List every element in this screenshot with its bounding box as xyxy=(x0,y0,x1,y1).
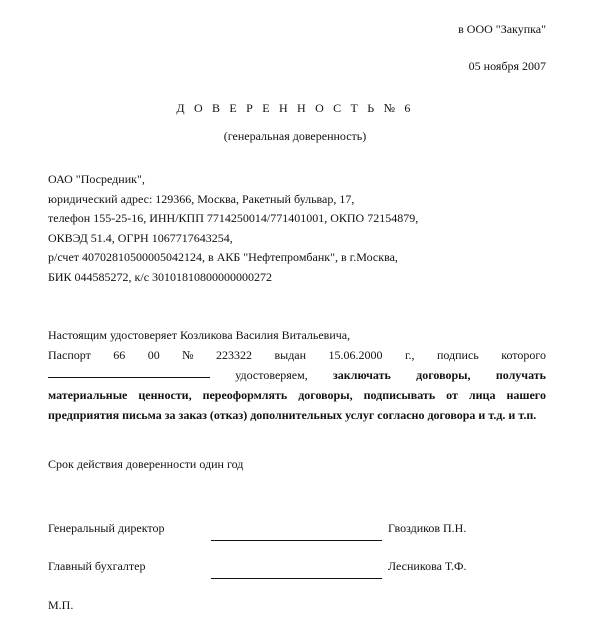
word: переоформлять xyxy=(203,385,288,405)
word: 223322 xyxy=(216,345,252,365)
powers-word: заключать xyxy=(333,365,391,385)
powers-line-2: материальныеценности,переоформлятьдогово… xyxy=(48,385,546,405)
signature-row-accountant: Главный бухгалтер Лесникова Т.Ф. xyxy=(48,559,568,583)
powers-line-1: удостоверяем, заключать договоры, получа… xyxy=(48,365,546,385)
validity-period: Срок действия доверенности один год xyxy=(48,457,243,472)
document-date: 05 ноября 2007 xyxy=(469,59,546,74)
word: выдан xyxy=(274,345,306,365)
organization-details: ОАО "Посредник", юридический адрес: 1293… xyxy=(48,170,418,287)
word: г., xyxy=(405,345,415,365)
word: № xyxy=(182,345,193,365)
org-phone-inn: телефон 155-25-16, ИНН/КПП 7714250014/77… xyxy=(48,209,418,229)
powers-word: получать xyxy=(496,365,546,385)
signatory-role: Генеральный директор xyxy=(48,521,165,536)
word: от xyxy=(446,385,458,405)
org-bik: БИК 044585272, к/с 30101810800000000272 xyxy=(48,268,418,288)
stamp-placeholder: М.П. xyxy=(48,598,73,613)
word: которого xyxy=(501,345,546,365)
org-name: ОАО "Посредник", xyxy=(48,170,418,190)
signatory-name: Лесникова Т.Ф. xyxy=(388,559,467,574)
signature-blank xyxy=(48,365,210,378)
org-okved-ogrn: ОКВЭД 51.4, ОГРН 1067717643254, xyxy=(48,229,418,249)
passport-line: Паспорт6600№223322выдан15.06.2000г.,подп… xyxy=(48,345,546,365)
document-title: Д О В Е Р Е Н Н О С Т Ь № 6 xyxy=(0,101,590,116)
word: ценности, xyxy=(138,385,191,405)
signatory-role: Главный бухгалтер xyxy=(48,559,145,574)
powers-word: договоры, xyxy=(416,365,470,385)
word: 15.06.2000 xyxy=(329,345,383,365)
document-subtitle: (генеральная доверенность) xyxy=(0,129,590,144)
powers-line-3: предприятия письма за заказ (отказ) допо… xyxy=(48,405,546,425)
authorized-person-line: Настоящим удостоверяет Козликова Василия… xyxy=(48,325,546,345)
certify-word: удостоверяем, xyxy=(235,365,307,385)
recipient: в ООО "Закупка" xyxy=(458,22,546,37)
word: нашего xyxy=(506,385,546,405)
signature-line xyxy=(211,578,382,579)
word: 00 xyxy=(148,345,160,365)
org-bank-account: р/счет 40702810500005042124, в АКБ "Нефт… xyxy=(48,248,418,268)
word: подпись xyxy=(437,345,479,365)
authorization-paragraph: Настоящим удостоверяет Козликова Василия… xyxy=(48,325,546,425)
word: подписывать xyxy=(364,385,436,405)
word: 66 xyxy=(113,345,125,365)
signature-line xyxy=(211,540,382,541)
word: лица xyxy=(469,385,496,405)
word: договоры, xyxy=(298,385,352,405)
signatory-name: Гвоздиков П.Н. xyxy=(388,521,466,536)
word: материальные xyxy=(48,385,127,405)
word: Паспорт xyxy=(48,345,91,365)
org-address: юридический адрес: 129366, Москва, Ракет… xyxy=(48,190,418,210)
signature-row-director: Генеральный директор Гвоздиков П.Н. xyxy=(48,521,568,545)
